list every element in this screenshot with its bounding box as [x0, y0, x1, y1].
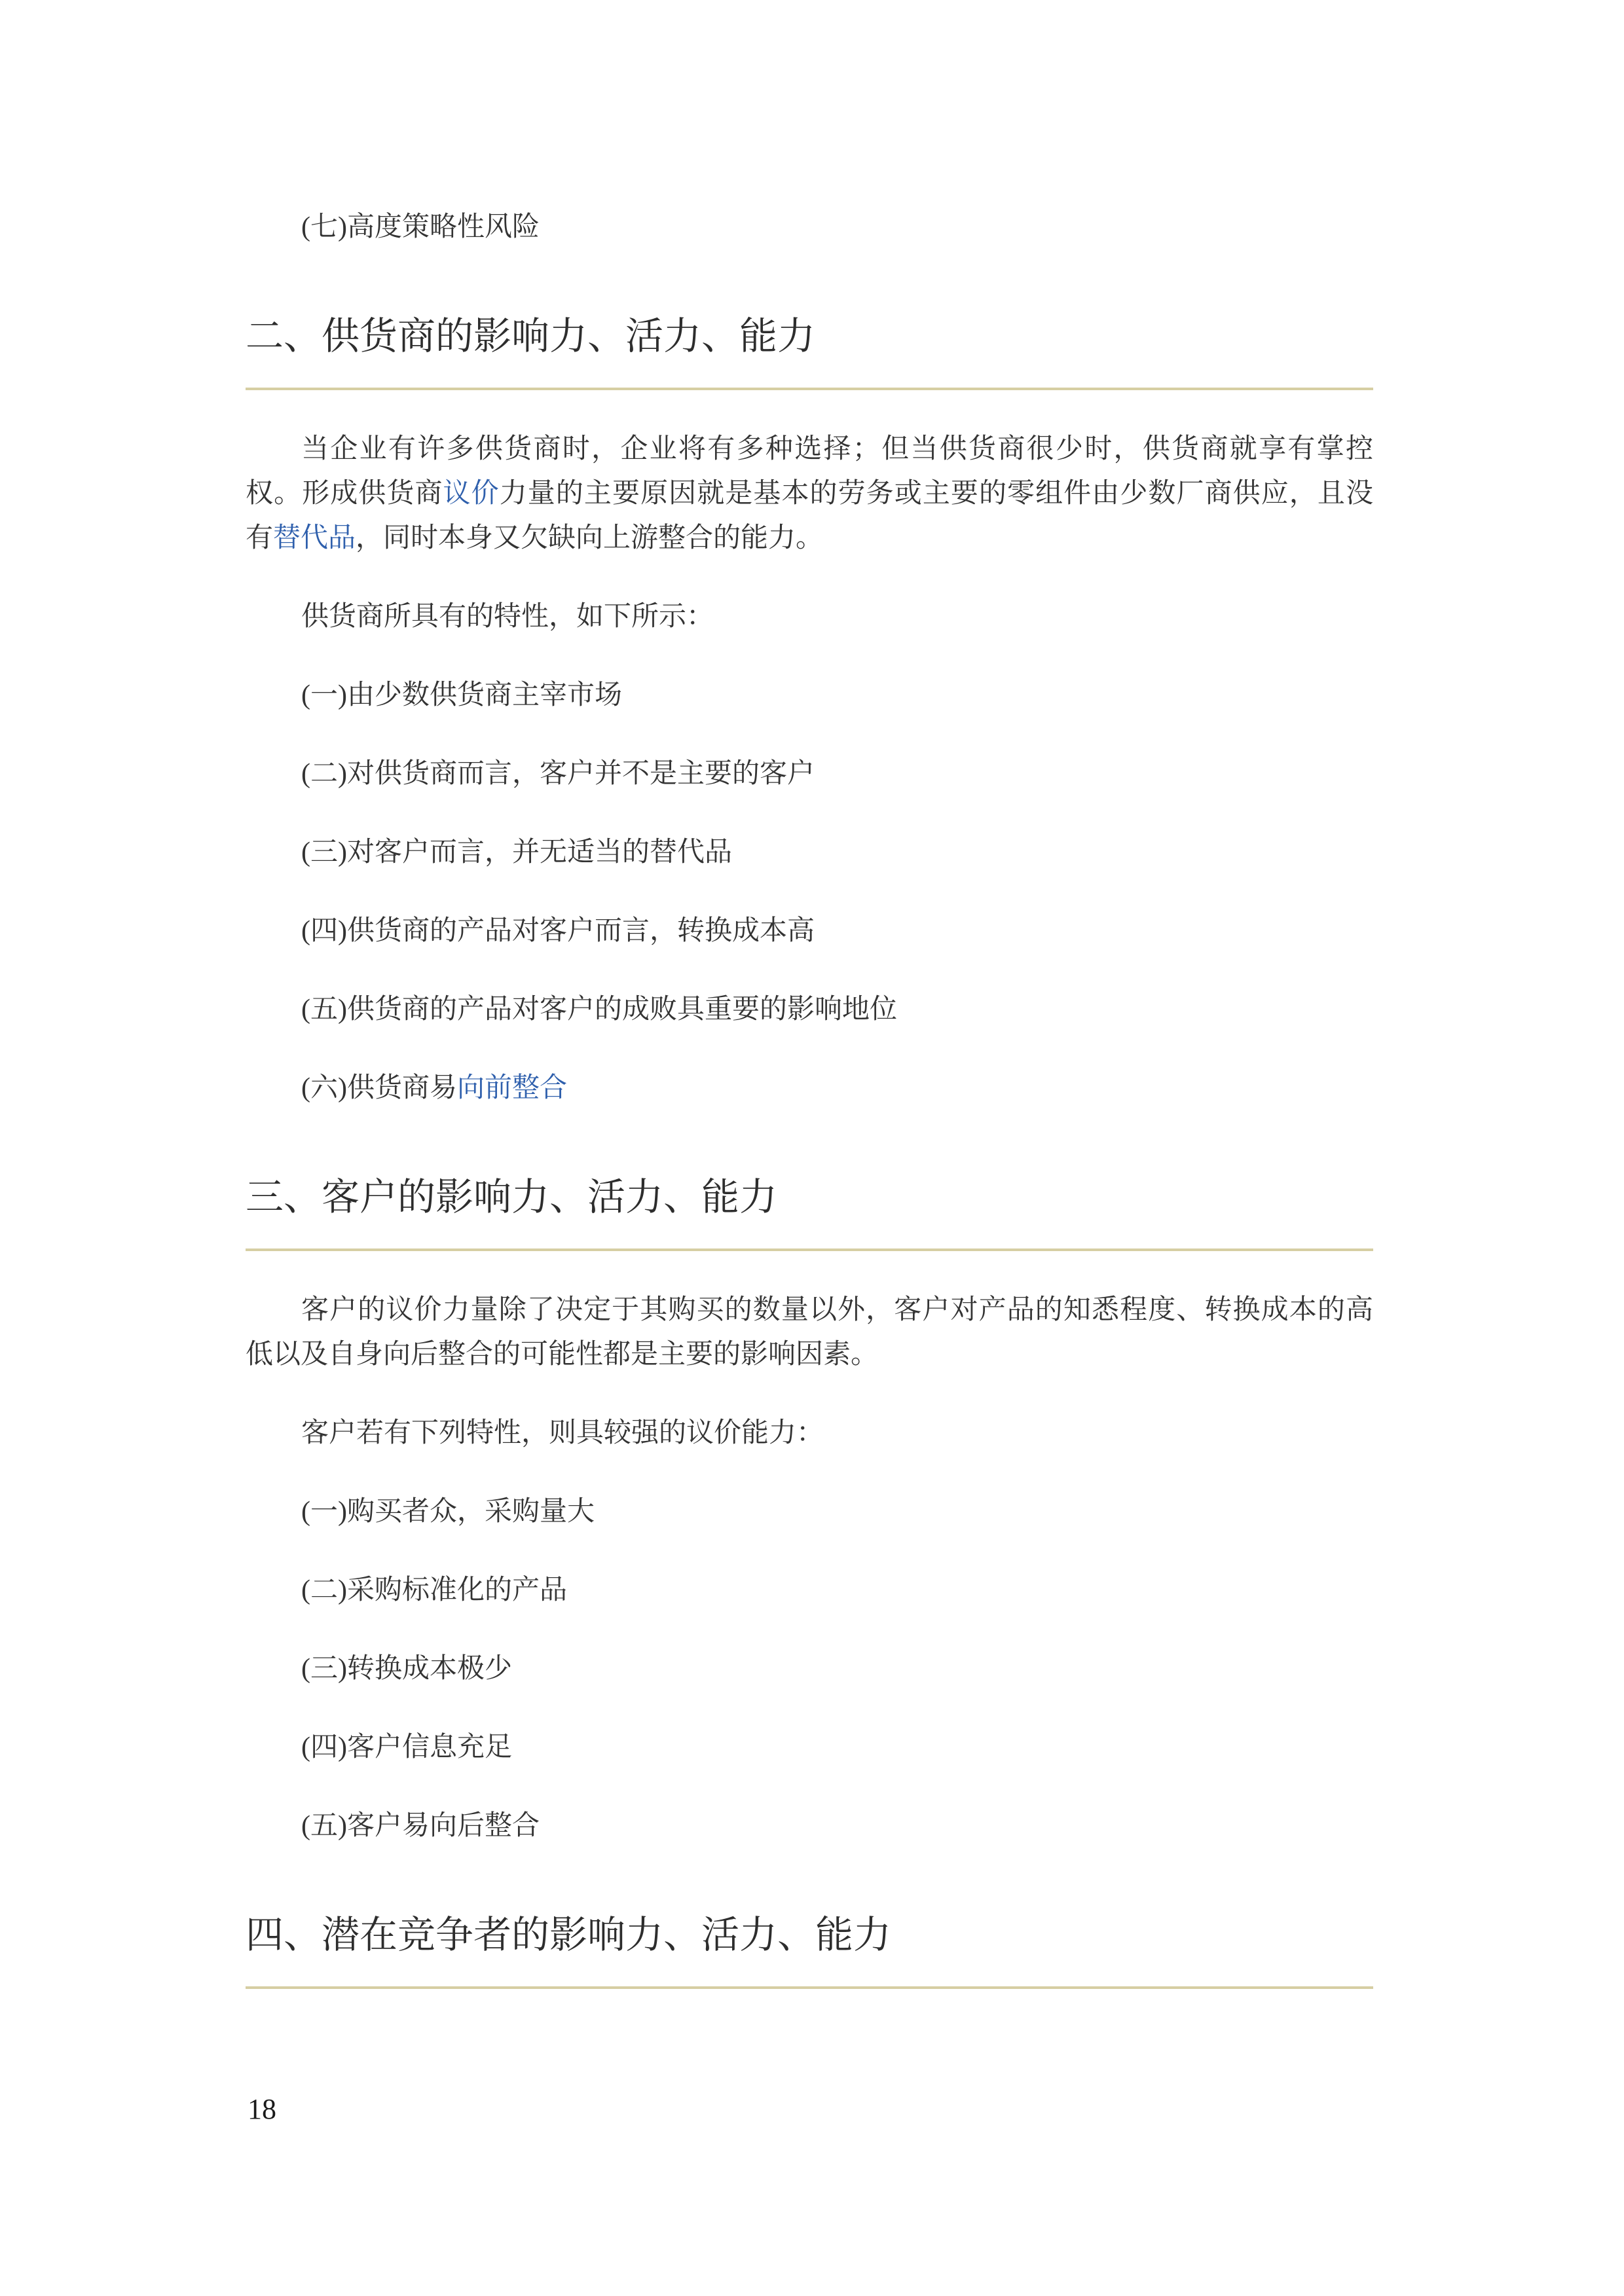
heading-customer-power: 三、客户的影响力、活力、能力 — [246, 1173, 1373, 1222]
supplier-trait-4: (四)供货商的产品对客户而言，转换成本高 — [246, 909, 1373, 953]
customer-trait-5: (五)客户易向后整合 — [246, 1804, 1373, 1848]
heading-potential-competitors: 四、潜在竞争者的影响力、活力、能力 — [246, 1910, 1373, 1960]
customer-trait-4: (四)客户信息充足 — [246, 1725, 1373, 1770]
supplier-trait-5: (五)供货商的产品对客户的成败具重要的影响地位 — [246, 987, 1373, 1032]
text-segment: 客户的议价力量除了决定于其购买的数量以外，客户对产品的知悉程度、转换成本的高低以… — [246, 1295, 1373, 1370]
supplier-trait-6: (六)供货商易向前整合 — [246, 1066, 1373, 1110]
supplier-trait-3: (三)对客户而言，并无适当的替代品 — [246, 830, 1373, 875]
text-segment: (四)客户信息充足 — [301, 1732, 512, 1762]
text-segment: (四)供货商的产品对客户而言，转换成本高 — [301, 916, 815, 946]
rule-customer-section — [246, 1248, 1373, 1251]
para-customer-bargaining: 客户的议价力量除了决定于其购买的数量以外，客户对产品的知悉程度、转换成本的高低以… — [246, 1288, 1373, 1377]
text-segment: (三)对客户而言，并无适当的替代品 — [301, 837, 732, 867]
para-supplier-traits-intro: 供货商所具有的特性，如下所示： — [246, 594, 1373, 639]
text-segment: (五)供货商的产品对客户的成败具重要的影响地位 — [301, 994, 897, 1025]
link-bargaining[interactable]: 议价 — [443, 479, 500, 509]
text-segment: 客户若有下列特性，则具较强的议价能力： — [301, 1418, 824, 1448]
para-supplier-bargaining: 当企业有许多供货商时，企业将有多种选择；但当供货商很少时，供货商就享有掌控权。形… — [246, 427, 1373, 560]
text-segment: 供货商所具有的特性，如下所示： — [301, 602, 714, 632]
rule-supplier-section — [246, 388, 1373, 390]
para-customer-traits-intro: 客户若有下列特性，则具较强的议价能力： — [246, 1411, 1373, 1455]
customer-trait-3: (三)转换成本极少 — [246, 1647, 1373, 1691]
rule-potential-competitors-section — [246, 1986, 1373, 1989]
item-7-high-strategic-risk: (七)高度策略性风险 — [246, 205, 1373, 249]
text-segment: (六)供货商易 — [301, 1073, 457, 1103]
link-substitute-goods[interactable]: 替代品 — [273, 523, 356, 553]
text-segment: (三)转换成本极少 — [301, 1654, 512, 1684]
heading-supplier-power: 二、供货商的影响力、活力、能力 — [246, 312, 1373, 361]
text-segment: (一)购买者众，采购量大 — [301, 1497, 595, 1527]
supplier-trait-1: (一)由少数供货商主宰市场 — [246, 673, 1373, 718]
text-segment: (五)客户易向后整合 — [301, 1811, 540, 1841]
supplier-trait-2: (二)对供货商而言，客户并不是主要的客户 — [246, 752, 1373, 796]
customer-trait-2: (二)采购标准化的产品 — [246, 1568, 1373, 1613]
link-forward-integration[interactable]: 向前整合 — [457, 1073, 567, 1103]
text-segment: (七)高度策略性风险 — [301, 212, 540, 242]
text-segment: (二)采购标准化的产品 — [301, 1575, 567, 1605]
customer-trait-1: (一)购买者众，采购量大 — [246, 1489, 1373, 1534]
document-content: (七)高度策略性风险二、供货商的影响力、活力、能力当企业有许多供货商时，企业将有… — [0, 0, 1624, 1989]
text-segment: (二)对供货商而言，客户并不是主要的客户 — [301, 759, 815, 789]
text-segment: (一)由少数供货商主宰市场 — [301, 680, 622, 710]
page-number: 18 — [248, 2095, 276, 2124]
text-segment: ，同时本身又欠缺向上游整合的能力。 — [356, 523, 823, 553]
document-page: (七)高度策略性风险二、供货商的影响力、活力、能力当企业有许多供货商时，企业将有… — [0, 0, 1624, 2296]
